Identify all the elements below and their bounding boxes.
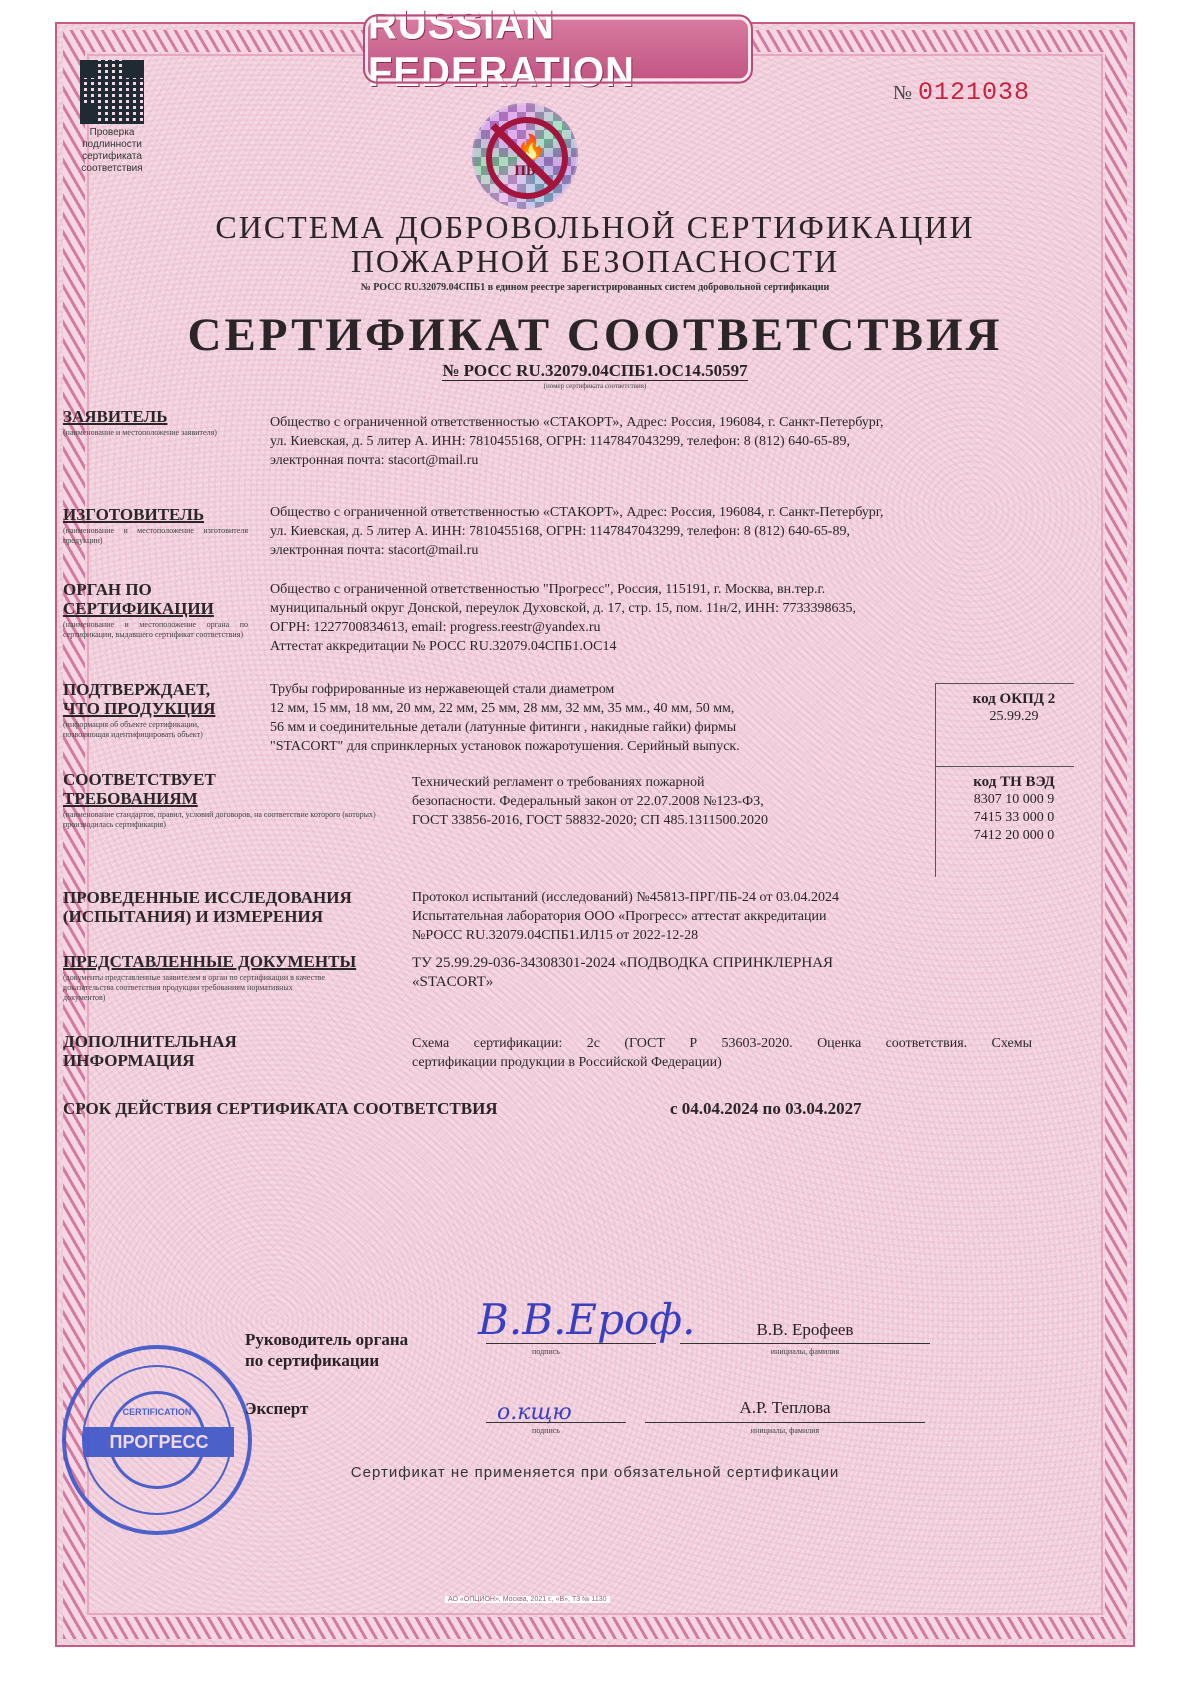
documents-line: «STACORT» (412, 973, 833, 992)
system-title-line1: СИСТЕМА ДОБРОВОЛЬНОЙ СЕРТИФИКАЦИИ (0, 210, 1190, 244)
applicant-line: Общество с ограниченной ответственностью… (270, 413, 883, 432)
product-line: "STACORT" для спринклерных установок пож… (270, 737, 740, 756)
validity-label: СРОК ДЕЙСТВИЯ СЕРТИФИКАТА СООТВЕТСТВИЯ (63, 1099, 498, 1118)
okpd-label: код ОКПД 2 (954, 690, 1074, 708)
manufacturer-sublabel: (наименование и местоположение изготовит… (63, 526, 248, 546)
documents-line: ТУ 25.99.29-036-34308301-2024 «ПОДВОДКА … (412, 954, 833, 973)
tnved-value: 7415 33 000 0 (954, 809, 1074, 827)
product-sublabel: (информация об объекте сертификации, поз… (63, 720, 213, 740)
conforms-line: Технический регламент о требованиях пожа… (412, 773, 768, 792)
documents-value: ТУ 25.99.29-036-34308301-2024 «ПОДВОДКА … (412, 954, 833, 992)
conforms-label-line1: СООТВЕТСТВУЕТ (63, 770, 393, 789)
expert-name-line (645, 1422, 925, 1423)
conforms-line: ГОСТ 33856-2016, ГОСТ 58832-2020; СП 485… (412, 811, 768, 830)
tests-line: №РОСС RU.32079.04СПБ1.ИЛ15 от 2022-12-28 (412, 926, 839, 945)
tests-line: Испытательная лаборатория ООО «Прогресс»… (412, 907, 839, 926)
printer-imprint: АО «ОПЦИОН», Москва, 2021 г., «В», Т3 № … (445, 1596, 610, 1603)
expert-signature-line (486, 1422, 626, 1423)
head-signature: В.В.Ероф. (478, 1295, 696, 1344)
organization-seal: CERTIFICATION ПРОГРЕСС (62, 1345, 252, 1535)
tnved-value: 7412 20 000 0 (954, 827, 1074, 845)
product-value: Трубы гофрированные из нержавеющей стали… (270, 680, 740, 756)
conforms-line: безопасности. Федеральный закон от 22.07… (412, 792, 768, 811)
applicant-line: электронная почта: stacort@mail.ru (270, 451, 883, 470)
product-label-line1: ПОДТВЕРЖДАЕТ, (63, 680, 248, 699)
product-label-line2: ЧТО ПРОДУКЦИЯ (63, 699, 248, 718)
additional-line: сертификации продукции в Российской Феде… (412, 1053, 1032, 1072)
russian-federation-banner: RUSSIAN FEDERATION (365, 16, 751, 81)
qr-caption: Проверка подлинности сертификата соответ… (62, 127, 162, 175)
certificate-number: № РОСС RU.32079.04СПБ1.ОС14.50597 (0, 361, 1190, 381)
conforms-value: Технический регламент о требованиях пожа… (412, 773, 768, 830)
product-line: 56 мм и соединительные детали (латунные … (270, 718, 740, 737)
cert-body-sublabel: (наименование и местоположение органа по… (63, 620, 248, 640)
validity-value: с 04.04.2024 по 03.04.2027 (670, 1099, 862, 1118)
system-title: СИСТЕМА ДОБРОВОЛЬНОЙ СЕРТИФИКАЦИИ ПОЖАРН… (0, 210, 1190, 278)
head-label-line1: Руководитель органа (245, 1329, 408, 1350)
okpd-value: 25.99.29 (954, 708, 1074, 726)
tests-label-line2: (ИСПЫТАНИЯ) И ИЗМЕРЕНИЯ (63, 907, 403, 926)
additional-line: Схема сертификации: 2с (ГОСТ Р 53603-202… (412, 1034, 1032, 1053)
applicant-value: Общество с ограниченной ответственностью… (270, 413, 883, 470)
applicant-label-block: ЗАЯВИТЕЛЬ (наименование и местоположение… (63, 407, 248, 438)
head-signature-line (486, 1343, 656, 1344)
product-line: Трубы гофрированные из нержавеющей стали… (270, 680, 740, 699)
additional-label-block: ДОПОЛНИТЕЛЬНАЯ ИНФОРМАЦИЯ (63, 1032, 363, 1070)
conforms-sublabel: (наименование стандартов, правил, услови… (63, 810, 393, 830)
tnved-code-box: код ТН ВЭД 8307 10 000 9 7415 33 000 0 7… (935, 766, 1074, 877)
cert-body-label-line1: ОРГАН ПО (63, 580, 248, 599)
seal-center-text: ПРОГРЕСС (84, 1427, 234, 1457)
applicant-line: ул. Киевская, д. 5 литер А. ИНН: 7810455… (270, 432, 883, 451)
blank-serial-number: №0121038 (893, 78, 1030, 107)
head-signatory-label: Руководитель органа по сертификации (245, 1329, 408, 1371)
system-registry: № РОСС RU.32079.04СПБ1 в едином реестре … (0, 282, 1190, 293)
tnved-value: 8307 10 000 9 (954, 791, 1074, 809)
certificate-title: СЕРТИФИКАТ СООТВЕТСТВИЯ (0, 308, 1190, 362)
cert-body-line: ОГРН: 1227700834613, email: progress.ree… (270, 618, 856, 637)
certificate-number-text: № РОСС RU.32079.04СПБ1.ОС14.50597 (442, 361, 747, 381)
manufacturer-label: ИЗГОТОВИТЕЛЬ (63, 505, 248, 524)
system-title-line2: ПОЖАРНОЙ БЕЗОПАСНОСТИ (0, 244, 1190, 278)
cert-body-value: Общество с ограниченной ответственностью… (270, 580, 856, 656)
applicant-sublabel: (наименование и местоположение заявителя… (63, 428, 248, 438)
documents-label: ПРЕДСТАВЛЕННЫЕ ДОКУМЕНТЫ (63, 952, 383, 971)
tests-line: Протокол испытаний (исследований) №45813… (412, 888, 839, 907)
documents-sublabel: (документы представленные заявителем в о… (63, 973, 333, 1003)
additional-label-line2: ИНФОРМАЦИЯ (63, 1051, 363, 1070)
footer-note: Сертификат не применяется при обязательн… (0, 1464, 1190, 1481)
head-name-caption: инициалы, фамилия (680, 1347, 930, 1356)
expert-signature-caption: подпись (486, 1426, 606, 1435)
manufacturer-line: Общество с ограниченной ответственностью… (270, 503, 883, 522)
cert-body-line: Аттестат аккредитации № РОСС RU.32079.04… (270, 637, 856, 656)
tests-value: Протокол испытаний (исследований) №45813… (412, 888, 839, 945)
expert-label: Эксперт (245, 1398, 308, 1419)
manufacturer-line: ул. Киевская, д. 5 литер А. ИНН: 7810455… (270, 522, 883, 541)
head-name-line (680, 1343, 930, 1344)
product-line: 12 мм, 15 мм, 18 мм, 20 мм, 22 мм, 25 мм… (270, 699, 740, 718)
conforms-label-line2: ТРЕБОВАНИЯМ (63, 789, 393, 808)
cert-body-line: Общество с ограниченной ответственностью… (270, 580, 856, 599)
cert-body-label-block: ОРГАН ПО СЕРТИФИКАЦИИ (наименование и ме… (63, 580, 248, 640)
expert-name: А.Р. Теплова (645, 1398, 925, 1418)
serial-value: 0121038 (918, 78, 1030, 107)
okpd-code-box: код ОКПД 2 25.99.29 (935, 683, 1074, 766)
additional-label-line1: ДОПОЛНИТЕЛЬНАЯ (63, 1032, 363, 1051)
manufacturer-value: Общество с ограниченной ответственностью… (270, 503, 883, 560)
head-name: В.В. Ерофеев (680, 1320, 930, 1340)
manufacturer-line: электронная почта: stacort@mail.ru (270, 541, 883, 560)
tests-label-block: ПРОВЕДЕННЫЕ ИССЛЕДОВАНИЯ (ИСПЫТАНИЯ) И И… (63, 888, 403, 926)
hologram-fire-safety-icon: 🔥 ПБ (472, 103, 578, 209)
cert-body-label-line2: СЕРТИФИКАЦИИ (63, 599, 248, 618)
hologram-mark: ПБ (472, 163, 578, 180)
cert-body-line: муниципальный округ Донской, переулок Ду… (270, 599, 856, 618)
certificate-number-caption: (номер сертификата соответствия) (0, 382, 1190, 390)
additional-value: Схема сертификации: 2с (ГОСТ Р 53603-202… (412, 1034, 1032, 1072)
documents-label-block: ПРЕДСТАВЛЕННЫЕ ДОКУМЕНТЫ (документы пред… (63, 952, 383, 1003)
seal-ring-text: CERTIFICATION (66, 1407, 248, 1417)
qr-code-icon[interactable] (80, 60, 144, 124)
applicant-label: ЗАЯВИТЕЛЬ (63, 407, 248, 426)
tests-label-line1: ПРОВЕДЕННЫЕ ИССЛЕДОВАНИЯ (63, 888, 403, 907)
conforms-label-block: СООТВЕТСТВУЕТ ТРЕБОВАНИЯМ (наименование … (63, 770, 393, 830)
tnved-label: код ТН ВЭД (954, 773, 1074, 791)
head-signature-caption: подпись (486, 1347, 606, 1356)
serial-prefix: № (893, 82, 912, 104)
manufacturer-label-block: ИЗГОТОВИТЕЛЬ (наименование и местоположе… (63, 505, 248, 546)
product-label-block: ПОДТВЕРЖДАЕТ, ЧТО ПРОДУКЦИЯ (информация … (63, 680, 248, 740)
expert-name-caption: инициалы, фамилия (645, 1426, 925, 1435)
head-label-line2: по сертификации (245, 1350, 408, 1371)
